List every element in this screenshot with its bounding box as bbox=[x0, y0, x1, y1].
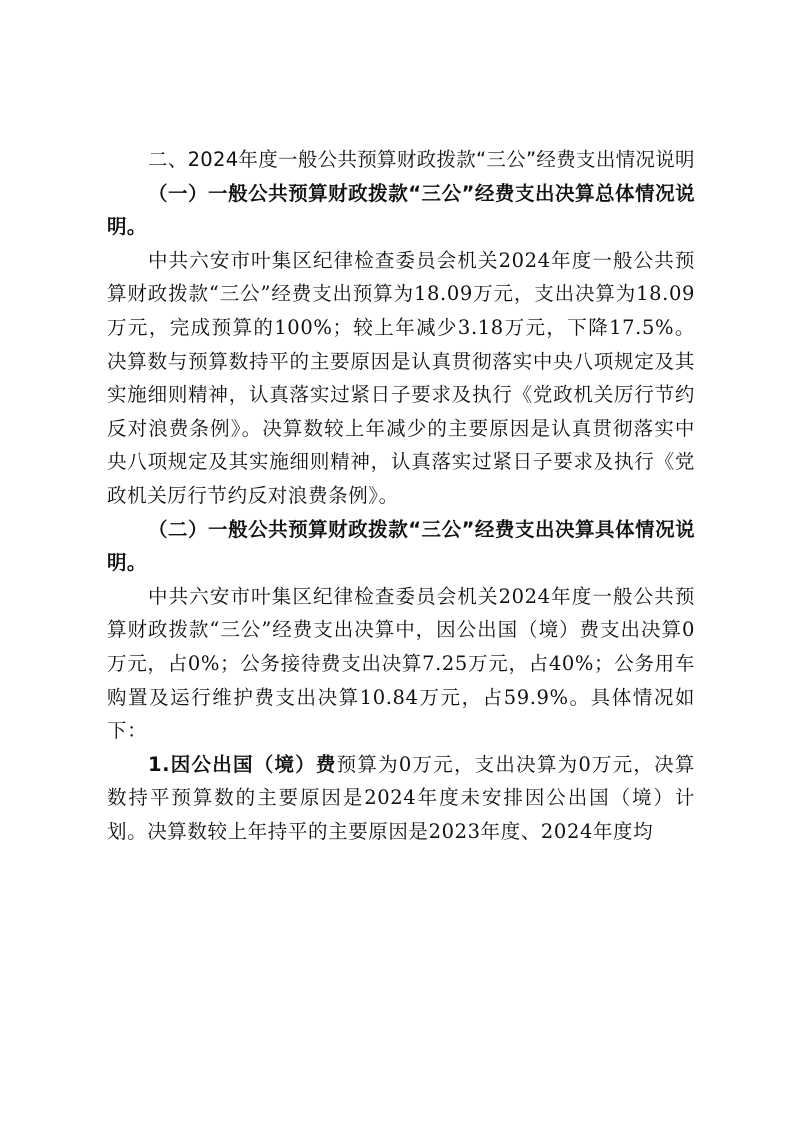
subsection-1-title: （一）一般公共预算财政拨款“三公”经费支出决算总体情况说明。 bbox=[107, 177, 695, 244]
item-1-lead: 1.因公出国（境）费 bbox=[148, 753, 337, 776]
subsection-2-title: （二）一般公共预算财政拨款“三公”经费支出决算具体情况说明。 bbox=[107, 513, 695, 580]
subsection-2-body: 中共六安市叶集区纪律检查委员会机关2024年度一般公共预算财政拨款“三公”经费支… bbox=[107, 580, 695, 748]
subsection-1-body: 中共六安市叶集区纪律检查委员会机关2024年度一般公共预算财政拨款“三公”经费支… bbox=[107, 244, 695, 513]
document-page: 二、2024年度一般公共预算财政拨款“三公”经费支出情况说明 （一）一般公共预算… bbox=[107, 143, 695, 848]
item-1-paragraph: 1.因公出国（境）费预算为0万元，支出决算为0万元，决算数持平预算数的主要原因是… bbox=[107, 748, 695, 849]
section-title: 二、2024年度一般公共预算财政拨款“三公”经费支出情况说明 bbox=[107, 143, 695, 177]
